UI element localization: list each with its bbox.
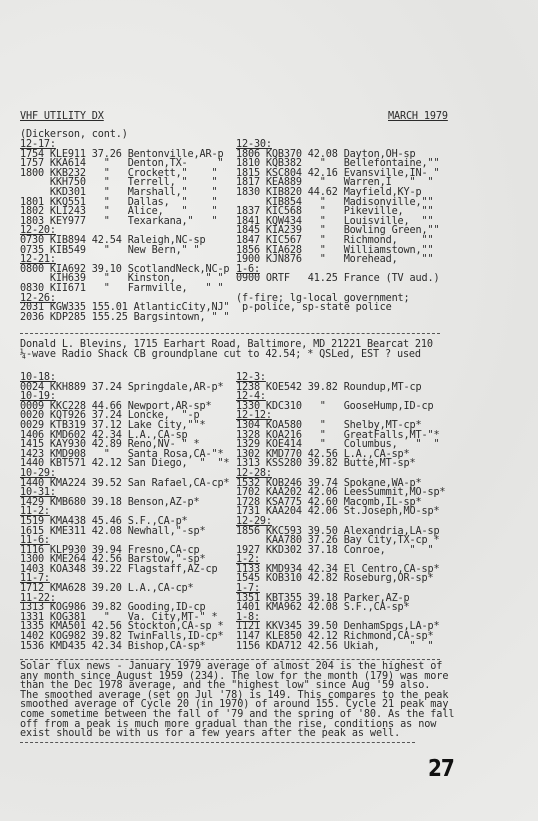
- issue-date: MARCH 1979: [388, 112, 448, 122]
- page-number: 27: [428, 754, 454, 782]
- log-entry: 1401 KMA962 42.08 S.F.,CA-sp*: [236, 603, 445, 613]
- log-column-2b: 12-3:1238 KOE542 39.82 Roundup,MT-cp12-4…: [236, 373, 445, 651]
- divider: [20, 742, 415, 743]
- log-entry: 1238 KOE542 39.82 Roundup,MT-cp: [236, 383, 445, 393]
- divider: [20, 333, 440, 334]
- magazine-page: VHF UTILITY DX MARCH 1979 (Dickerson, co…: [0, 0, 538, 821]
- log-column-1b: 12-30:1806 KQB370 42.08 Dayton,OH-sp1810…: [236, 140, 439, 313]
- solar-flux-news: Solar flux news - January 1979 average o…: [20, 662, 460, 739]
- log-entry: 1927 KKD302 37.18 Conroe, " ": [236, 546, 445, 556]
- log-entry: p-police, sp-state police: [236, 303, 439, 313]
- log-entry: 1900 KJN876 " Morehead, "": [236, 255, 439, 265]
- log-entry: 1156 KDA712 42.56 Ukiah, " ": [236, 642, 445, 652]
- log-column-2a: 10-18:0024 KKH889 37.24 Springdale,AR-p*…: [20, 373, 229, 651]
- section-title: VHF UTILITY DX: [20, 112, 104, 122]
- log-entry: 1429 KMB680 39.18 Benson,AZ-p*: [20, 498, 229, 508]
- log-entry: 0900 ORTF 41.25 France (TV aud.): [236, 274, 439, 284]
- log-entry: 1403 KOA348 39.22 Flagstaff,AZ-cp: [20, 565, 229, 575]
- paragraph-line: exist should be with us for a few years …: [20, 729, 460, 739]
- log-column-1a: 12-17:1754 KLE911 37.26 Bentonville,AR-p…: [20, 140, 229, 322]
- log-entry: 1545 KOB310 42.82 Roseburg,OR-sp*: [236, 574, 445, 584]
- divider: [20, 659, 440, 660]
- log-entry: 2036 KDP285 155.25 Bargsintown, " ": [20, 313, 229, 323]
- log-entry: 1536 KMD435 42.34 Bishop,CA-sp*: [20, 642, 229, 652]
- byline-equipment: ¼-wave Radio Shack CB groundplane cut to…: [20, 350, 421, 360]
- log-entry: 1615 KME311 42.08 Newhall,"-sp*: [20, 527, 229, 537]
